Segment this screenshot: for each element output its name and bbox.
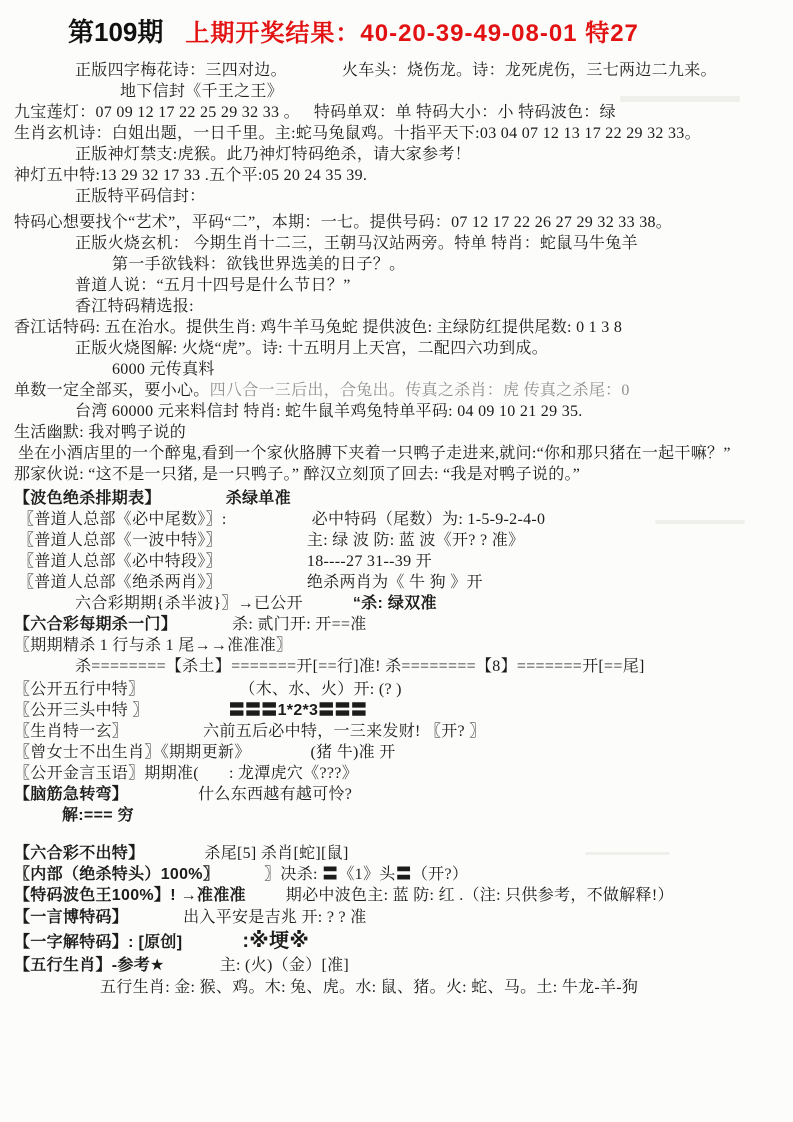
text-line: 正版神灯禁支:虎猴。此乃神灯特码绝杀，请大家参考！ bbox=[0, 145, 793, 165]
text-line: 〖普道人总部《绝杀两肖》〗绝杀两肖为《 牛 狗 》开 bbox=[0, 573, 793, 593]
text-segment: 【一字解特码】: [原创] bbox=[14, 933, 182, 953]
text-line: 〖内部（绝杀特头）100%〗〗决杀: 〓《1》头〓（开?） bbox=[0, 865, 793, 885]
text-segment: 杀尾[5] 杀肖[蛇][鼠] bbox=[204, 844, 348, 864]
text-segment: 五行生肖: 金: 猴、鸡。木: 兔、虎。水: 鼠、猪。火: 蛇、马。土: 牛龙-… bbox=[100, 978, 638, 998]
text-segment: 台湾 60000 元来料信封 特肖: 蛇牛鼠羊鸡兔特单平码: 04 09 10 … bbox=[75, 402, 583, 422]
text-segment: 绝杀两肖为《 牛 狗 》开 bbox=[307, 573, 483, 593]
text-segment: 〖期期精杀 1 行与杀 1 尾→→准准准〗 bbox=[14, 636, 292, 656]
text-line: 九宝莲灯：07 09 12 17 22 25 29 32 33 。特码单双：单 … bbox=[0, 103, 793, 123]
text-line: 【五行生肖】-参考★主: (火)（金）[准] bbox=[0, 956, 793, 976]
text-line: 〖公开三头中特 〗〓〓〓1*2*3〓〓〓 bbox=[0, 701, 793, 721]
text-segment: 什么东西越有越可怜? bbox=[198, 785, 352, 805]
text-segment: 正版神灯禁支:虎猴。此乃神灯特码绝杀，请大家参考！ bbox=[75, 145, 471, 165]
text-segment: 六前五后必中特，一三来发财! 〖开? 〗 bbox=[203, 722, 485, 742]
text-segment: 【波色绝杀排期表】 bbox=[14, 489, 161, 509]
scan-artifact bbox=[620, 96, 740, 102]
text-segment: “杀: 绿双准 bbox=[353, 594, 437, 614]
text-line: 【一字解特码】: [原创]:※埂※ bbox=[0, 931, 793, 953]
text-line: 神灯五中特:13 29 32 17 33 .五个平:05 20 24 35 39… bbox=[0, 166, 793, 186]
text-segment: 特码单双：单 特码大小：小 特码波色：绿 bbox=[314, 103, 616, 123]
text-segment: 杀========【杀土】=======开[==行]准! 杀========【8… bbox=[75, 657, 645, 677]
text-line: 〖生肖特一玄〗六前五后必中特，一三来发财! 〖开? 〗 bbox=[0, 722, 793, 742]
text-segment: 火车头：烧伤龙。诗：龙死虎伤，三七两边二九来。 bbox=[342, 61, 717, 81]
text-segment: 〖公开五行中特〗 bbox=[14, 680, 144, 700]
text-line: 【六合彩不出特】杀尾[5] 杀肖[蛇][鼠] bbox=[0, 844, 793, 864]
text-line: 正版四字梅花诗：三四对边。火车头：烧伤龙。诗：龙死虎伤，三七两边二九来。 bbox=[0, 61, 793, 81]
text-line: 〖公开金言玉语〗期期准(: 龙潭虎穴《???》 bbox=[0, 764, 793, 784]
text-line: 正版火烧玄机： 今期生肖十二三，王朝马汉站两旁。特单 特肖：蛇鼠马牛兔羊 bbox=[0, 234, 793, 254]
text-segment: 普道人说：“五月十四号是什么节日？” bbox=[75, 276, 351, 296]
text-line: 正版火烧图解: 火烧“虎”。诗: 十五明月上天宫，二配四六功到成。 bbox=[0, 339, 793, 359]
text-line: 香江特码精选报: bbox=[0, 297, 793, 317]
text-line: 6000 元传真料 bbox=[0, 360, 793, 380]
text-segment: 〖曾女士不出生肖〗《期期更新》 bbox=[14, 743, 251, 763]
text-segment: 四八合一三后出，合兔出。 bbox=[210, 381, 406, 401]
text-segment: 香江特码精选报: bbox=[75, 297, 194, 317]
text-segment: 六合彩期期{杀半波}〗→已公开 bbox=[75, 594, 303, 614]
text-line: 【一言博特码】出入平安是吉兆 开: ? ? 准 bbox=[0, 908, 793, 928]
text-segment: 18----27 31--39 开 bbox=[307, 552, 432, 572]
text-line: 坐在小酒店里的一个醉鬼,看到一个家伙胳膊下夹着一只鸭子走进来,就问:“你和那只猪… bbox=[0, 444, 793, 464]
text-line: 〖公开五行中特〗（木、水、火）开: (? ) bbox=[0, 680, 793, 700]
text-segment: 〖普道人总部《必中尾数》〗: bbox=[18, 510, 227, 530]
text-segment: 特码心想要找个“艺术”，平码“二”，本期：一七。提供号码：07 12 17 22… bbox=[14, 213, 672, 233]
text-line: 〖期期精杀 1 行与杀 1 尾→→准准准〗 bbox=[0, 636, 793, 656]
text-segment: 地下信封《千王之王》 bbox=[120, 82, 283, 102]
text-line: 五行生肖: 金: 猴、鸡。木: 兔、虎。水: 鼠、猪。火: 蛇、马。土: 牛龙-… bbox=[0, 978, 793, 998]
issue-number: 第109期 bbox=[68, 12, 163, 49]
text-line: 〖普道人总部《一波中特》〗主: 绿 波 防: 蓝 波《开? ? 准》 bbox=[0, 531, 793, 551]
scan-artifact bbox=[655, 520, 745, 524]
text-segment: 坐在小酒店里的一个醉鬼,看到一个家伙胳膊下夹着一只鸭子走进来,就问:“你和那只猪… bbox=[18, 444, 731, 464]
text-segment: 主: 绿 波 防: 蓝 波《开? ? 准》 bbox=[307, 531, 524, 551]
text-segment: 生活幽默: 我对鸭子说的 bbox=[14, 423, 186, 443]
text-line: 单数一定全部买，要小心。四八合一三后出，合兔出。传真之杀肖：虎 传真之杀尾：0 bbox=[0, 381, 793, 401]
text-segment: 那家伙说: “这不是一只猪, 是一只鸭子。” 醉汉立刻顶了回去: “我是对鸭子说… bbox=[14, 465, 580, 485]
text-segment: 【六合彩不出特】 bbox=[14, 844, 144, 864]
text-line: 【特码波色王100%】! →准准准期必中波色主: 蓝 防: 红 .（注: 只供参… bbox=[0, 886, 793, 906]
text-line: 第一手欲钱料：欲钱世界选美的日子？。 bbox=[0, 255, 793, 275]
text-segment: 〓〓〓1*2*3〓〓〓 bbox=[229, 701, 367, 721]
text-segment: 正版特平码信封： bbox=[75, 187, 205, 207]
text-line: 正版特平码信封： bbox=[0, 187, 793, 207]
text-segment: 正版火烧图解: 火烧“虎”。诗: 十五明月上天宫，二配四六功到成。 bbox=[75, 339, 548, 359]
text-segment: 〗决杀: 〓《1》头〓（开?） bbox=[264, 865, 468, 885]
text-line: 【六合彩每期杀一门】杀: 贰门开: 开==准 bbox=[0, 615, 793, 635]
text-segment: 〖公开三头中特 〗 bbox=[14, 701, 149, 721]
text-line: 六合彩期期{杀半波}〗→已公开“杀: 绿双准 bbox=[0, 594, 793, 614]
text-segment: 〖普道人总部《绝杀两肖》〗 bbox=[18, 573, 222, 593]
text-line: 解:=== 穷 bbox=[0, 806, 793, 826]
text-line: 【脑筋急转弯】什么东西越有越可怜? bbox=[0, 785, 793, 805]
text-segment: :※埂※ bbox=[242, 931, 309, 951]
text-segment: 〖生肖特一玄〗 bbox=[14, 722, 128, 742]
text-segment: 〖内部（绝杀特头）100%〗 bbox=[14, 865, 219, 885]
text-line: 那家伙说: “这不是一只猪, 是一只鸭子。” 醉汉立刻顶了回去: “我是对鸭子说… bbox=[0, 465, 793, 485]
text-segment: 〖普道人总部《一波中特》〗 bbox=[18, 531, 222, 551]
scan-artifact bbox=[585, 852, 670, 855]
text-segment: 出入平安是吉兆 开: ? ? 准 bbox=[183, 908, 366, 928]
text-segment: 【特码波色王100%】! →准准准 bbox=[14, 886, 246, 906]
text-segment: 解:=== 穷 bbox=[62, 806, 134, 826]
document-body: 正版四字梅花诗：三四对边。火车头：烧伤龙。诗：龙死虎伤，三七两边二九来。地下信封… bbox=[0, 61, 793, 998]
text-segment: （木、水、火）开: (? ) bbox=[239, 680, 401, 700]
text-line: 普道人说：“五月十四号是什么节日？” bbox=[0, 276, 793, 296]
text-segment: 〖公开金言玉语〗期期准( bbox=[14, 764, 199, 784]
page-header: 第109期 上期开奖结果：40-20-39-49-08-01 特27 bbox=[0, 12, 793, 49]
text-segment: : 龙潭虎穴《???》 bbox=[229, 764, 358, 784]
text-segment: 香江话特码: 五在治水。提供生肖: 鸡牛羊马兔蛇 提供波色: 主绿防红提供尾数:… bbox=[14, 318, 622, 338]
text-line: 〖曾女士不出生肖〗《期期更新》(猪 牛)准 开 bbox=[0, 743, 793, 763]
text-line: 特码心想要找个“艺术”，平码“二”，本期：一七。提供号码：07 12 17 22… bbox=[0, 213, 793, 233]
text-segment: 传真之杀肖：虎 传真之杀尾：0 bbox=[405, 381, 630, 401]
text-segment: 生肖玄机诗：白姐出题，一日千里。主:蛇马兔鼠鸡。十指平天下:03 04 07 1… bbox=[14, 124, 701, 144]
last-draw-result: 上期开奖结果：40-20-39-49-08-01 特27 bbox=[185, 13, 639, 48]
text-segment: 正版四字梅花诗：三四对边。 bbox=[75, 61, 287, 81]
text-segment: 【脑筋急转弯】 bbox=[14, 785, 128, 805]
text-segment: 杀: 贰门开: 开==准 bbox=[232, 615, 367, 635]
text-segment: 必中特码（尾数）为: 1-5-9-2-4-0 bbox=[312, 510, 546, 530]
lottery-tip-sheet: 第109期 上期开奖结果：40-20-39-49-08-01 特27 正版四字梅… bbox=[0, 0, 793, 1122]
text-segment: 〖普道人总部《必中特段》〗 bbox=[18, 552, 222, 572]
text-line: 生肖玄机诗：白姐出题，一日千里。主:蛇马兔鼠鸡。十指平天下:03 04 07 1… bbox=[0, 124, 793, 144]
text-segment: 九宝莲灯：07 09 12 17 22 25 29 32 33 。 bbox=[14, 103, 300, 123]
text-segment: 杀绿单准 bbox=[226, 489, 291, 509]
text-segment: 神灯五中特:13 29 32 17 33 .五个平:05 20 24 35 39… bbox=[14, 166, 367, 186]
text-segment: 【一言博特码】 bbox=[14, 908, 128, 928]
text-segment: 正版火烧玄机： 今期生肖十二三，王朝马汉站两旁。特单 特肖：蛇鼠马牛兔羊 bbox=[75, 234, 638, 254]
text-line: 【波色绝杀排期表】杀绿单准 bbox=[0, 489, 793, 509]
text-line: 〖普道人总部《必中特段》〗18----27 31--39 开 bbox=[0, 552, 793, 572]
text-line: 杀========【杀土】=======开[==行]准! 杀========【8… bbox=[0, 657, 793, 677]
text-segment: 【六合彩每期杀一门】 bbox=[14, 615, 177, 635]
text-segment: 6000 元传真料 bbox=[112, 360, 215, 380]
text-line: 香江话特码: 五在治水。提供生肖: 鸡牛羊马兔蛇 提供波色: 主绿防红提供尾数:… bbox=[0, 318, 793, 338]
text-segment: (猪 牛)准 开 bbox=[311, 743, 396, 763]
text-segment: 第一手欲钱料：欲钱世界选美的日子？。 bbox=[112, 255, 405, 275]
text-segment: 期必中波色主: 蓝 防: 红 .（注: 只供参考，不做解释!） bbox=[286, 886, 674, 906]
text-segment: 【五行生肖】-参考★ bbox=[14, 956, 165, 976]
text-line: 生活幽默: 我对鸭子说的 bbox=[0, 423, 793, 443]
text-segment: 主: (火)（金）[准] bbox=[220, 956, 349, 976]
text-line: 台湾 60000 元来料信封 特肖: 蛇牛鼠羊鸡兔特单平码: 04 09 10 … bbox=[0, 402, 793, 422]
text-segment: 单数一定全部买，要小心。 bbox=[14, 381, 210, 401]
